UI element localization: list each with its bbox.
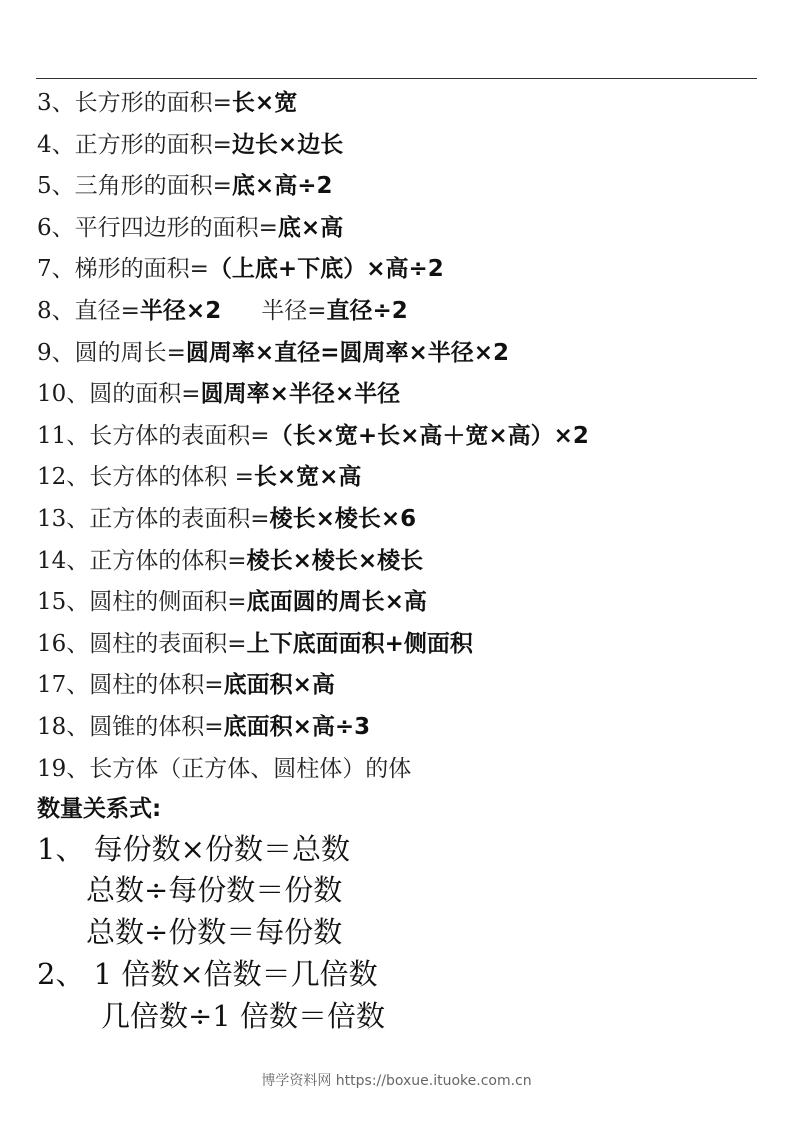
item-label: 圆的面积= bbox=[89, 381, 200, 407]
item-number: 15、 bbox=[37, 589, 89, 615]
item-formula: （上底+下底）×高÷2 bbox=[209, 256, 444, 282]
item-number: 16、 bbox=[37, 631, 89, 657]
item-label: 正方形的面积= bbox=[75, 132, 232, 158]
formula-item: 7、梯形的面积=（上底+下底）×高÷2 bbox=[37, 250, 589, 292]
item-label: 圆的周长= bbox=[75, 340, 186, 366]
item-formula: （长×宽+长×高＋宽×高）×2 bbox=[270, 423, 589, 449]
item-number: 9、 bbox=[37, 340, 75, 366]
formula-item: 18、圆锥的体积=底面积×高÷3 bbox=[37, 708, 589, 750]
item-number: 6、 bbox=[37, 215, 75, 241]
formula-item: 5、三角形的面积=底×高÷2 bbox=[37, 167, 589, 209]
item-number: 4、 bbox=[37, 132, 75, 158]
item-number: 11、 bbox=[37, 423, 89, 449]
item-formula: 底×高 bbox=[278, 215, 343, 241]
relation-line: 几倍数÷1 倍数＝倍数 bbox=[101, 996, 385, 1036]
formula-item: 11、长方体的表面积=（长×宽+长×高＋宽×高）×2 bbox=[37, 417, 589, 459]
footer-watermark: 博学资料网 https://boxue.ituoke.com.cn bbox=[0, 1070, 793, 1090]
formula-item: 17、圆柱的体积=底面积×高 bbox=[37, 666, 589, 708]
item-label: 梯形的面积= bbox=[75, 256, 209, 282]
formula-item: 16、圆柱的表面积=上下底面面积+侧面积 bbox=[37, 625, 589, 667]
item-formula: 棱长×棱长×棱长 bbox=[247, 548, 424, 574]
item-formula: 底面积×高 bbox=[224, 672, 335, 698]
relation-line: 总数÷每份数＝份数 bbox=[86, 870, 342, 910]
item-label: 长方形的面积= bbox=[75, 90, 232, 116]
formula-item: 10、圆的面积=圆周率×半径×半径 bbox=[37, 375, 589, 417]
item-formula-secondary: 直径÷2 bbox=[326, 298, 407, 324]
formula-item: 13、正方体的表面积=棱长×棱长×6 bbox=[37, 500, 589, 542]
item-label: 正方体的表面积= bbox=[89, 506, 269, 532]
item-label: 圆锥的体积= bbox=[89, 714, 223, 740]
item-number: 5、 bbox=[37, 173, 75, 199]
item-number: 14、 bbox=[37, 548, 89, 574]
item-formula: 底面积×高÷3 bbox=[224, 714, 371, 740]
formula-item: 4、正方形的面积=边长×边长 bbox=[37, 126, 589, 168]
item-formula: 半径×2 bbox=[140, 298, 221, 324]
item-label: 圆柱的表面积= bbox=[89, 631, 246, 657]
item-formula: 圆周率×直径=圆周率×半径×2 bbox=[186, 340, 509, 366]
formula-item: 6、平行四边形的面积=底×高 bbox=[37, 209, 589, 251]
formula-item: 9、圆的周长=圆周率×直径=圆周率×半径×2 bbox=[37, 334, 589, 376]
relation-line: 总数÷份数＝每份数 bbox=[86, 912, 342, 952]
item-number: 8、 bbox=[37, 298, 75, 324]
formula-item: 19、长方体（正方体、圆柱体）的体 bbox=[37, 750, 589, 792]
item-formula: 圆周率×半径×半径 bbox=[201, 381, 401, 407]
header-rule bbox=[36, 78, 757, 79]
formula-item: 14、正方体的体积=棱长×棱长×棱长 bbox=[37, 542, 589, 584]
formula-item: 15、圆柱的侧面积=底面圆的周长×高 bbox=[37, 583, 589, 625]
relation-line: 2、 1 倍数×倍数＝几倍数 bbox=[37, 954, 378, 994]
item-label: 长方体的体积 = bbox=[89, 464, 254, 490]
item-label: 长方体的表面积= bbox=[89, 423, 269, 449]
formula-item: 8、直径=半径×2半径=直径÷2 bbox=[37, 292, 589, 334]
item-formula: 底×高÷2 bbox=[232, 173, 333, 199]
item-number: 7、 bbox=[37, 256, 75, 282]
item-label: 圆柱的体积= bbox=[89, 672, 223, 698]
section-title: 数量关系式: bbox=[37, 790, 161, 823]
item-label: 长方体（正方体、圆柱体）的体 bbox=[89, 756, 411, 782]
item-formula: 长×宽×高 bbox=[254, 464, 362, 490]
relation-line: 1、 每份数×份数＝总数 bbox=[37, 829, 350, 869]
item-number: 3、 bbox=[37, 90, 75, 116]
item-formula: 棱长×棱长×6 bbox=[270, 506, 417, 532]
item-number: 12、 bbox=[37, 464, 89, 490]
item-number: 13、 bbox=[37, 506, 89, 532]
item-label-secondary: 半径= bbox=[261, 298, 326, 324]
item-number: 18、 bbox=[37, 714, 89, 740]
item-label: 正方体的体积= bbox=[89, 548, 246, 574]
item-formula: 边长×边长 bbox=[232, 132, 343, 158]
item-formula: 长×宽 bbox=[232, 90, 297, 116]
item-label: 平行四边形的面积= bbox=[75, 215, 278, 241]
item-number: 17、 bbox=[37, 672, 89, 698]
item-label: 直径= bbox=[75, 298, 140, 324]
formula-list: 3、长方形的面积=长×宽 4、正方形的面积=边长×边长 5、三角形的面积=底×高… bbox=[37, 84, 589, 791]
formula-item: 3、长方形的面积=长×宽 bbox=[37, 84, 589, 126]
formula-item: 12、长方体的体积 =长×宽×高 bbox=[37, 458, 589, 500]
item-number: 10、 bbox=[37, 381, 89, 407]
item-formula: 底面圆的周长×高 bbox=[247, 589, 427, 615]
item-formula: 上下底面面积+侧面积 bbox=[247, 631, 473, 657]
item-label: 圆柱的侧面积= bbox=[89, 589, 246, 615]
item-number: 19、 bbox=[37, 756, 89, 782]
item-label: 三角形的面积= bbox=[75, 173, 232, 199]
